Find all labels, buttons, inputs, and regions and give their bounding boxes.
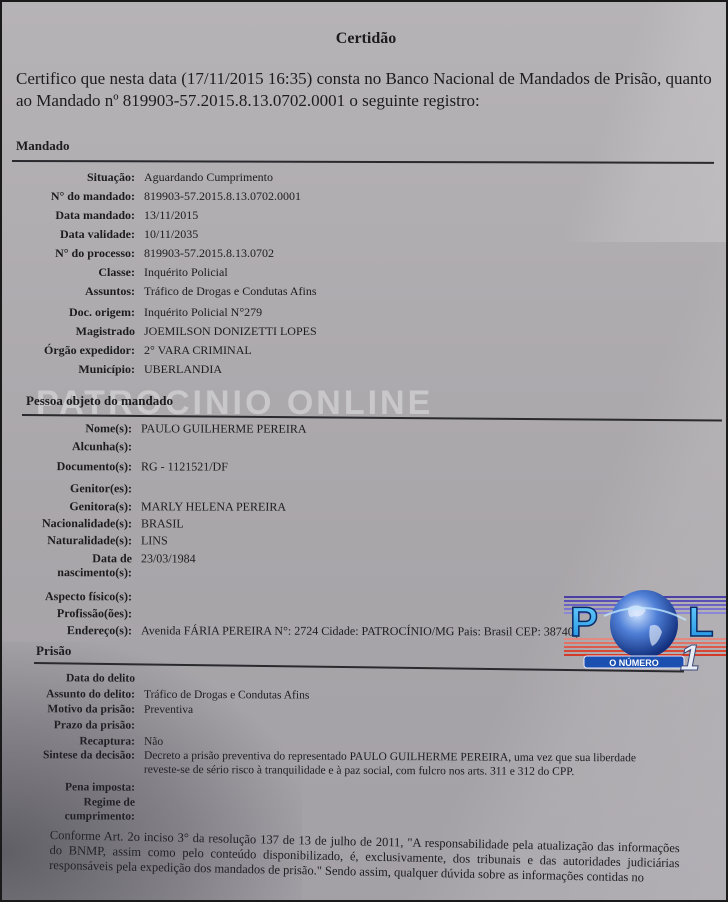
field-row: Situação:Aguardando Cumprimento bbox=[10, 170, 273, 184]
field-value: 10/11/2035 bbox=[144, 227, 198, 241]
svg-text:1: 1 bbox=[680, 637, 700, 672]
field-row: Regime decumprimento: bbox=[2, 795, 144, 824]
field-row: Data mandado:13/11/2015 bbox=[10, 208, 198, 222]
field-value: JOEMILSON DONIZETTI LOPES bbox=[144, 324, 317, 338]
section-heading-pessoa: Pessoa objeto do mandado bbox=[26, 393, 173, 409]
field-label-line: Data de bbox=[3, 551, 132, 565]
field-label: Data do delito bbox=[2, 671, 135, 686]
field-row: Documento(s):RG - 1121521/DF bbox=[3, 459, 228, 474]
field-row: Pena imposta: bbox=[2, 780, 144, 795]
field-value: 819903-57.2015.8.13.0702.0001 bbox=[144, 189, 301, 203]
field-label: Profissão(ões): bbox=[3, 606, 132, 620]
field-label: Data mandado: bbox=[10, 208, 135, 222]
field-label: Genitora(s): bbox=[3, 499, 132, 513]
field-value: 23/03/1984 bbox=[141, 551, 196, 579]
legal-footnote: Conforme Art. 2o inciso 3° da resolução … bbox=[49, 828, 680, 886]
field-label: Pena imposta: bbox=[2, 780, 135, 795]
field-label: Genitor(es): bbox=[3, 481, 132, 495]
field-row: Doc. origem:Inquérito Policial N°279 bbox=[10, 305, 262, 319]
field-label: Órgão expedidor: bbox=[10, 343, 135, 357]
field-row: Data denascimento(s):23/03/1984 bbox=[3, 551, 196, 580]
field-label: Documento(s): bbox=[3, 459, 132, 473]
field-row: Prazo da prisão: bbox=[2, 718, 144, 733]
field-label: Situação: bbox=[10, 170, 135, 184]
field-label: Recaptura: bbox=[2, 734, 135, 749]
field-label: N° do mandado: bbox=[10, 189, 135, 203]
field-value: Tráfico de Drogas e Condutas Afins bbox=[144, 688, 309, 703]
field-row: Data validade:10/11/2035 bbox=[10, 227, 198, 241]
field-row: Alcunha(s): bbox=[3, 439, 141, 453]
field-label: Naturalidade(s): bbox=[3, 533, 132, 547]
field-label: Aspecto físico(s): bbox=[3, 589, 132, 603]
field-label: Regime decumprimento: bbox=[2, 795, 135, 824]
field-value: Aguardando Cumprimento bbox=[144, 170, 273, 184]
document-title: Certidão bbox=[2, 30, 726, 48]
field-row: Nacionalidade(s):BRASIL bbox=[3, 516, 184, 530]
field-label-line: nascimento(s): bbox=[3, 565, 132, 579]
field-row: N° do processo:819903-57.2015.8.13.0702 bbox=[10, 246, 274, 260]
field-label: Sintese da decisão: bbox=[2, 748, 135, 777]
field-value: PAULO GUILHERME PEREIRA bbox=[141, 421, 307, 435]
intro-paragraph: Certifico que nesta data (17/11/2015 16:… bbox=[16, 68, 716, 112]
section-heading-prisao: Prisão bbox=[36, 643, 71, 659]
field-value: MARLY HELENA PEREIRA bbox=[141, 499, 286, 513]
field-value-line: reveste-se de sério risco à tranquilidad… bbox=[144, 763, 636, 780]
section-heading-mandado: Mandado bbox=[16, 138, 69, 154]
field-row: MagistradoJOEMILSON DONIZETTI LOPES bbox=[10, 324, 317, 338]
field-label: Nacionalidade(s): bbox=[3, 516, 132, 530]
field-row: Genitor(es): bbox=[3, 481, 141, 495]
field-label: Data validade: bbox=[10, 227, 135, 241]
field-value: BRASIL bbox=[141, 516, 184, 530]
field-row: Assuntos:Tráfico de Drogas e Condutas Af… bbox=[10, 284, 317, 298]
field-label: Data denascimento(s): bbox=[3, 551, 132, 579]
field-row: N° do mandado:819903-57.2015.8.13.0702.0… bbox=[10, 189, 301, 203]
field-row: Motivo da prisão:Preventiva bbox=[2, 702, 193, 717]
section-rule bbox=[12, 160, 714, 163]
field-value: 13/11/2015 bbox=[144, 208, 198, 222]
field-value: 2° VARA CRIMINAL bbox=[144, 343, 252, 357]
field-label: N° do processo: bbox=[10, 246, 135, 260]
field-row: Data do delito bbox=[2, 671, 144, 686]
field-row: Naturalidade(s):LINS bbox=[3, 533, 168, 547]
field-label-line: Regime de bbox=[2, 795, 135, 810]
field-row: Endereço(s):Avenida FÁRIA PEREIRA N°: 27… bbox=[3, 623, 578, 639]
field-value: Não bbox=[144, 735, 163, 749]
field-label: Motivo da prisão: bbox=[2, 702, 135, 717]
pol-logo: P L O NÚMERO 1 bbox=[564, 586, 726, 672]
field-value: Avenida FÁRIA PEREIRA N°: 2724 Cidade: P… bbox=[141, 623, 578, 638]
field-row: Recaptura:Não bbox=[2, 734, 163, 749]
field-label: Nome(s): bbox=[3, 421, 132, 435]
field-label: Doc. origem: bbox=[10, 305, 135, 319]
field-label: Endereço(s): bbox=[3, 623, 132, 637]
field-value: 819903-57.2015.8.13.0702 bbox=[144, 246, 274, 260]
field-row: Assunto do delito:Tráfico de Drogas e Co… bbox=[2, 687, 309, 703]
field-row: Órgão expedidor:2° VARA CRIMINAL bbox=[10, 343, 252, 357]
field-row: Município:UBERLANDIA bbox=[10, 362, 222, 376]
document-photo: Certidão Certifico que nesta data (17/11… bbox=[2, 2, 726, 900]
field-value: LINS bbox=[141, 533, 168, 547]
field-row: Aspecto físico(s): bbox=[3, 589, 141, 603]
field-label: Prazo da prisão: bbox=[2, 718, 135, 733]
field-label: Assuntos: bbox=[10, 284, 135, 298]
field-label-line: cumprimento: bbox=[2, 809, 135, 824]
field-label: Magistrado bbox=[10, 324, 135, 338]
field-row: Nome(s):PAULO GUILHERME PEREIRA bbox=[3, 421, 307, 436]
field-value: Inquérito Policial bbox=[144, 265, 228, 279]
field-value: UBERLANDIA bbox=[144, 362, 222, 376]
field-value: Tráfico de Drogas e Condutas Afins bbox=[144, 284, 317, 298]
field-label: Município: bbox=[10, 362, 135, 376]
field-row: Sintese da decisão:Decreto a prisão prev… bbox=[2, 748, 636, 779]
field-row: Profissão(ões): bbox=[3, 606, 141, 620]
field-label: Classe: bbox=[10, 265, 135, 279]
field-value: Decreto a prisão preventiva do represent… bbox=[144, 749, 636, 780]
field-value: RG - 1121521/DF bbox=[141, 459, 228, 473]
field-label: Assunto do delito: bbox=[2, 687, 135, 702]
field-row: Genitora(s):MARLY HELENA PEREIRA bbox=[3, 499, 286, 514]
svg-text:P: P bbox=[570, 598, 598, 645]
field-row: Classe:Inquérito Policial bbox=[10, 265, 228, 279]
field-value: Preventiva bbox=[144, 703, 193, 717]
field-label: Alcunha(s): bbox=[3, 439, 132, 453]
svg-text:O NÚMERO: O NÚMERO bbox=[609, 657, 659, 668]
field-value: Inquérito Policial N°279 bbox=[144, 305, 262, 319]
